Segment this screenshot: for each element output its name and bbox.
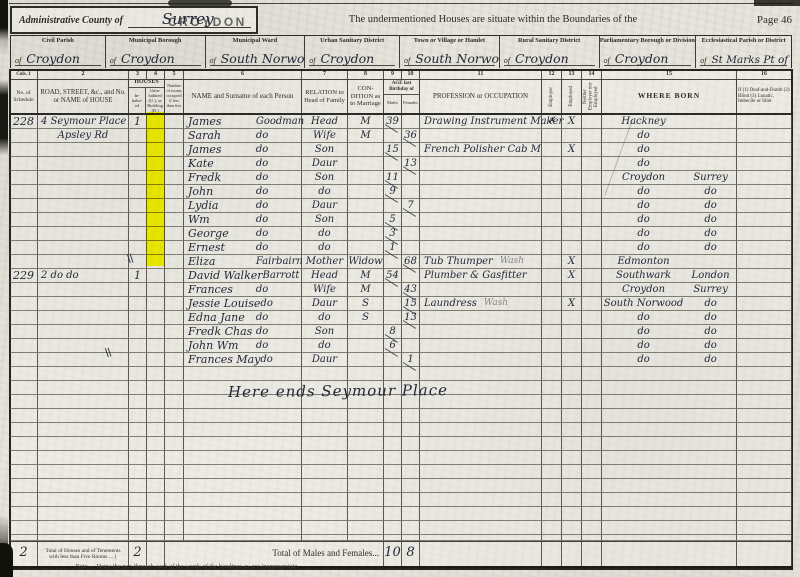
name-given: Edna Jane <box>184 311 256 324</box>
name-given: John <box>184 185 256 198</box>
born-place: Hackney <box>602 115 685 128</box>
cell-road <box>38 395 129 409</box>
header-relation: RELATION to Head of Family <box>302 80 348 113</box>
name-surname: do <box>256 339 301 352</box>
name-given: Ernest <box>184 241 256 254</box>
cell-born: CroydonSurrey <box>602 171 737 185</box>
name-given: John Wm <box>184 339 256 352</box>
col-num: 8 <box>348 70 384 79</box>
born-place <box>602 367 685 380</box>
name-surname: do <box>256 143 301 156</box>
cell-schedule <box>10 255 38 269</box>
cell-name: Katedo <box>184 157 302 171</box>
total-schedules: 2 <box>10 542 38 566</box>
cell-road <box>38 325 129 339</box>
cell-employer <box>542 381 562 395</box>
cell-employed <box>562 367 582 381</box>
cell-schedule <box>10 129 38 143</box>
cell-born: dodo <box>602 241 737 255</box>
cell-profession <box>420 199 542 213</box>
total-females: 8 <box>402 542 420 566</box>
cell-schedule <box>10 381 38 395</box>
cell-employer <box>542 367 562 381</box>
cell-road <box>38 311 129 325</box>
cell-employer <box>542 311 562 325</box>
born-county <box>685 395 736 408</box>
cell-born <box>602 479 737 493</box>
cell-name: Frances Maydo <box>184 353 302 367</box>
name-surname <box>256 451 301 464</box>
name-given: James <box>184 115 256 128</box>
cell-road <box>38 297 129 311</box>
cell-employer <box>542 255 562 269</box>
cell-relation: Son <box>302 143 348 157</box>
cell-age-f: 7 <box>402 199 420 213</box>
cell-condition <box>348 241 384 255</box>
cell-employed <box>562 381 582 395</box>
cell-uninhabited <box>147 311 165 325</box>
cell-relation <box>302 437 348 451</box>
form-header: Administrative County of Surrey CROYDON … <box>10 6 792 68</box>
cell-employer <box>542 157 562 171</box>
profession-text: Tub Thumper <box>424 255 493 268</box>
admin-county-label: Administrative County of <box>19 15 123 26</box>
cell-profession <box>420 353 542 367</box>
of-label: of <box>15 56 21 65</box>
cell-employer <box>542 493 562 507</box>
cell-rooms <box>165 283 184 297</box>
cell-profession <box>420 241 542 255</box>
col-num: 9 <box>384 70 402 79</box>
cell-employer <box>542 199 562 213</box>
name-given <box>184 367 256 380</box>
header-neither: Neither Employer nor Employed <box>582 80 602 113</box>
cell-uninhabited <box>147 395 165 409</box>
cell-neither <box>582 437 602 451</box>
cell-road <box>38 227 129 241</box>
cell-neither <box>582 493 602 507</box>
cell-infirmity <box>737 437 792 451</box>
cell-schedule <box>10 507 38 521</box>
table-row <box>10 535 792 541</box>
cell-age-f <box>402 409 420 423</box>
born-county: London <box>685 269 736 282</box>
cell-employer <box>542 143 562 157</box>
cell-name <box>184 493 302 507</box>
name-given <box>184 437 256 450</box>
cell-schedule <box>10 437 38 451</box>
cell-rooms <box>165 437 184 451</box>
district-value: Croydon <box>615 53 669 66</box>
cell-age-m <box>384 535 402 541</box>
cell-age-f <box>402 479 420 493</box>
name-given: Wm <box>184 213 256 226</box>
born-place <box>602 479 685 492</box>
cell-born <box>602 423 737 437</box>
cell-schedule <box>10 339 38 353</box>
cell-employed <box>562 129 582 143</box>
name-surname: do <box>256 325 301 338</box>
name-surname: Goodman <box>256 115 304 128</box>
cell-condition <box>348 143 384 157</box>
total-males: 10 <box>384 542 402 566</box>
cell-neither <box>582 395 602 409</box>
cell-inhabited <box>129 465 147 479</box>
empty-cell <box>602 542 737 566</box>
cell-age-m <box>384 297 402 311</box>
cell-inhabited <box>129 129 147 143</box>
cell-schedule <box>10 227 38 241</box>
cell-neither <box>582 451 602 465</box>
cell-name: Sarahdo <box>184 129 302 143</box>
cell-profession <box>420 339 542 353</box>
born-county <box>685 367 736 380</box>
name-given <box>184 479 256 492</box>
cell-neither <box>582 479 602 493</box>
cell-born: SouthwarkLondon <box>602 269 737 283</box>
cell-infirmity <box>737 493 792 507</box>
cell-condition <box>348 493 384 507</box>
cell-name: David WalkerBarrott <box>184 269 302 283</box>
header-infirmity: If (1) Deaf-and-Dumb (2) Blind (3) Lunat… <box>737 80 792 113</box>
name-surname: do <box>260 353 301 366</box>
cell-employed <box>562 241 582 255</box>
cell-employer <box>542 283 562 297</box>
cell-employer <box>542 241 562 255</box>
name-given: Eliza <box>184 255 256 268</box>
cell-profession <box>420 367 542 381</box>
cell-relation <box>302 409 348 423</box>
cell-rooms <box>165 367 184 381</box>
cell-neither <box>582 227 602 241</box>
table-row <box>10 409 792 423</box>
cell-infirmity <box>737 157 792 171</box>
cell-road <box>38 451 129 465</box>
cell-infirmity <box>737 423 792 437</box>
header-uninhabited: Unin-habited (U.), or Building (B.) <box>146 88 164 113</box>
cell-infirmity <box>737 241 792 255</box>
cell-age-f: 36 <box>402 129 420 143</box>
cell-inhabited <box>129 367 147 381</box>
cell-employed <box>562 171 582 185</box>
table-row <box>10 521 792 535</box>
born-county <box>685 507 736 520</box>
name-surname: do <box>256 171 301 184</box>
cell-age-f <box>402 269 420 283</box>
cell-rooms <box>165 297 184 311</box>
born-county <box>685 465 736 478</box>
name-surname <box>256 465 301 478</box>
cell-road <box>38 339 129 353</box>
cell-neither <box>582 409 602 423</box>
cell-born: Hackney <box>602 115 737 129</box>
cell-infirmity <box>737 395 792 409</box>
profession-note: Wash <box>500 255 524 268</box>
census-page: Administrative County of Surrey CROYDON … <box>0 0 800 577</box>
footnote: Note.— Draw the pen through such of the … <box>75 563 299 570</box>
cell-neither <box>582 255 602 269</box>
cell-age-f <box>402 493 420 507</box>
cell-neither <box>582 311 602 325</box>
cell-profession <box>420 157 542 171</box>
header-age: AGE last Birthday of <box>384 80 419 95</box>
header-houses-group: HOUSES In-habit-ed Unin-habited (U.), or… <box>129 80 165 113</box>
cell-born <box>602 493 737 507</box>
district-value: Croydon <box>121 53 175 66</box>
col-num: 5 <box>165 70 184 79</box>
name-surname: do <box>256 157 301 170</box>
cell-profession <box>420 451 542 465</box>
cell-employer <box>542 437 562 451</box>
cell-name <box>184 437 302 451</box>
cell-age-m: 54 <box>384 269 402 283</box>
cell-age-m <box>384 367 402 381</box>
table-row: 2284 Seymour Place1JamesGoodmanHeadM39Dr… <box>10 115 792 129</box>
cell-road <box>38 157 129 171</box>
cell-name <box>184 507 302 521</box>
cell-name: Jessie Louisedo <box>184 297 302 311</box>
cell-schedule <box>10 521 38 535</box>
cell-road <box>38 381 129 395</box>
col-num: Cols. 1 <box>10 70 38 79</box>
cell-relation <box>302 465 348 479</box>
cell-schedule <box>10 311 38 325</box>
name-surname <box>256 437 301 450</box>
cell-employed: X <box>562 269 582 283</box>
cell-rooms <box>165 213 184 227</box>
name-surname <box>256 367 301 380</box>
cell-rooms <box>165 479 184 493</box>
cell-road: 2 do do <box>38 269 129 283</box>
cell-road <box>38 199 129 213</box>
cell-profession <box>420 171 542 185</box>
born-place: do <box>602 199 685 212</box>
col-num: 3 <box>129 70 147 79</box>
cell-age-f <box>402 521 420 535</box>
cell-relation <box>302 423 348 437</box>
cell-infirmity <box>737 353 792 367</box>
cell-age-m: 11 <box>384 171 402 185</box>
born-place: do <box>602 325 685 338</box>
header-where-born: WHERE BORN <box>602 80 737 113</box>
cell-inhabited <box>129 423 147 437</box>
cell-age-m <box>384 479 402 493</box>
name-surname: do <box>256 185 301 198</box>
born-county: Surrey <box>685 171 736 184</box>
cell-infirmity <box>737 451 792 465</box>
cell-road <box>38 283 129 297</box>
cell-uninhabited <box>147 381 165 395</box>
cell-relation: Head <box>302 115 348 129</box>
cell-employed <box>562 479 582 493</box>
cell-age-m <box>384 451 402 465</box>
cell-employer <box>542 325 562 339</box>
cell-employer <box>542 409 562 423</box>
born-county <box>685 521 736 534</box>
name-given: James <box>184 143 256 156</box>
cell-inhabited: 1 <box>129 115 147 129</box>
name-given: George <box>184 227 256 240</box>
cell-inhabited <box>129 325 147 339</box>
cell-inhabited <box>129 507 147 521</box>
empty-cell <box>542 542 562 566</box>
cell-profession <box>420 409 542 423</box>
born-place <box>602 535 685 540</box>
table-row: FrancesdoWifeM43CroydonSurrey <box>10 283 792 297</box>
born-county <box>685 143 736 156</box>
cell-rooms <box>165 493 184 507</box>
cell-rooms <box>165 409 184 423</box>
cell-age-f <box>402 423 420 437</box>
cell-relation <box>302 507 348 521</box>
name-given: Fredk <box>184 171 256 184</box>
cell-neither <box>582 325 602 339</box>
col-num: 6 <box>184 70 302 79</box>
cell-age-f <box>402 227 420 241</box>
cell-employer <box>542 451 562 465</box>
cell-employed <box>562 395 582 409</box>
cell-inhabited <box>129 409 147 423</box>
cell-condition <box>348 507 384 521</box>
name-given <box>184 535 256 540</box>
district-rural-sanitary: Rural Sanitary District ofCroydon <box>500 36 600 68</box>
cell-employed <box>562 339 582 353</box>
cell-infirmity <box>737 521 792 535</box>
cell-relation <box>302 535 348 541</box>
cell-relation: do <box>302 185 348 199</box>
district-value: South Norwood <box>221 53 306 66</box>
name-given <box>184 409 256 422</box>
cell-relation: Wife <box>302 283 348 297</box>
born-county: Surrey <box>685 283 736 296</box>
cell-condition <box>348 535 384 541</box>
cell-age-m <box>384 409 402 423</box>
cell-rooms <box>165 157 184 171</box>
cell-age-m <box>384 283 402 297</box>
cell-schedule <box>10 325 38 339</box>
cell-age-m <box>384 507 402 521</box>
cell-uninhabited <box>147 367 165 381</box>
cell-employed: X <box>562 255 582 269</box>
name-given: Frances May <box>184 353 260 366</box>
cell-age-m <box>384 423 402 437</box>
district-header-row: Civil Parish ofCroydon Municipal Borough… <box>10 35 792 68</box>
cell-name <box>184 409 302 423</box>
cell-name <box>184 479 302 493</box>
name-surname: do <box>256 283 301 296</box>
cell-name: Edna Janedo <box>184 311 302 325</box>
cell-schedule <box>10 535 38 541</box>
admin-county-box: Administrative County of Surrey CROYDON <box>10 6 258 34</box>
born-county: do <box>685 339 736 352</box>
cell-rooms <box>165 395 184 409</box>
cell-relation: Son <box>302 171 348 185</box>
here-ends-annotation: Here ends Seymour Place <box>228 381 448 401</box>
cell-rooms <box>165 241 184 255</box>
cell-infirmity <box>737 311 792 325</box>
cell-road <box>38 465 129 479</box>
born-county: do <box>685 311 736 324</box>
cell-age-m <box>384 255 402 269</box>
cell-employed <box>562 507 582 521</box>
cell-age-m: 1 <box>384 241 402 255</box>
header-road: ROAD, STREET, &c., and No. or NAME of HO… <box>38 80 129 113</box>
cell-schedule <box>10 241 38 255</box>
table-row: FredkdoSon11CroydonSurrey <box>10 171 792 185</box>
cell-born: Edmonton <box>602 255 737 269</box>
born-county <box>685 479 736 492</box>
table-body: 2284 Seymour Place1JamesGoodmanHeadM39Dr… <box>10 115 792 541</box>
name-surname: do <box>260 297 301 310</box>
cell-rooms <box>165 143 184 157</box>
name-surname: do <box>256 241 301 254</box>
cell-employed <box>562 423 582 437</box>
cell-neither <box>582 115 602 129</box>
cell-age-f <box>402 535 420 541</box>
cell-name: Fredkdo <box>184 171 302 185</box>
cell-age-m <box>384 493 402 507</box>
cell-infirmity <box>737 479 792 493</box>
cell-employer <box>542 535 562 541</box>
born-county <box>685 535 736 540</box>
table-row: JamesdoSon15French Polisher Cab MXdo <box>10 143 792 157</box>
cell-road <box>38 521 129 535</box>
cell-profession <box>420 227 542 241</box>
cell-name: Ernestdo <box>184 241 302 255</box>
district-town-village: Town or Village or Hamlet ofSouth Norwoo… <box>400 36 500 68</box>
table-row <box>10 479 792 493</box>
cell-rooms <box>165 423 184 437</box>
cell-age-m: 15 <box>384 143 402 157</box>
cell-born: dodo <box>602 227 737 241</box>
cell-employer <box>542 395 562 409</box>
born-place <box>602 437 685 450</box>
cell-condition <box>348 171 384 185</box>
cell-employed: X <box>562 115 582 129</box>
scan-corner-bottom-left <box>0 543 13 577</box>
cell-employed <box>562 451 582 465</box>
born-county: do <box>685 199 736 212</box>
district-label: Municipal Ward <box>206 36 305 45</box>
cell-employed <box>562 353 582 367</box>
cell-age-f: 43 <box>402 283 420 297</box>
cell-road <box>38 255 129 269</box>
col-num: 11 <box>420 70 542 79</box>
name-surname: Fairbairn <box>256 255 303 268</box>
cell-name: Lydiado <box>184 199 302 213</box>
born-place: do <box>602 185 685 198</box>
cell-schedule <box>10 423 38 437</box>
cell-profession: French Polisher Cab M <box>420 143 542 157</box>
cell-condition <box>348 479 384 493</box>
cell-schedule <box>10 493 38 507</box>
cell-employer: ✗ <box>542 115 562 129</box>
district-label: Ecclesiastical Parish or District <box>696 36 791 45</box>
cell-rooms <box>165 465 184 479</box>
cell-rooms <box>165 129 184 143</box>
born-place: South Norwood <box>602 297 685 310</box>
cell-relation: do <box>302 241 348 255</box>
cell-schedule <box>10 213 38 227</box>
cell-born: dodo <box>602 353 737 367</box>
cell-neither <box>582 521 602 535</box>
cell-infirmity <box>737 339 792 353</box>
born-place: do <box>602 241 685 254</box>
cell-rooms <box>165 185 184 199</box>
born-place: Edmonton <box>602 255 685 268</box>
born-place: do <box>602 339 685 352</box>
cell-road <box>38 241 129 255</box>
